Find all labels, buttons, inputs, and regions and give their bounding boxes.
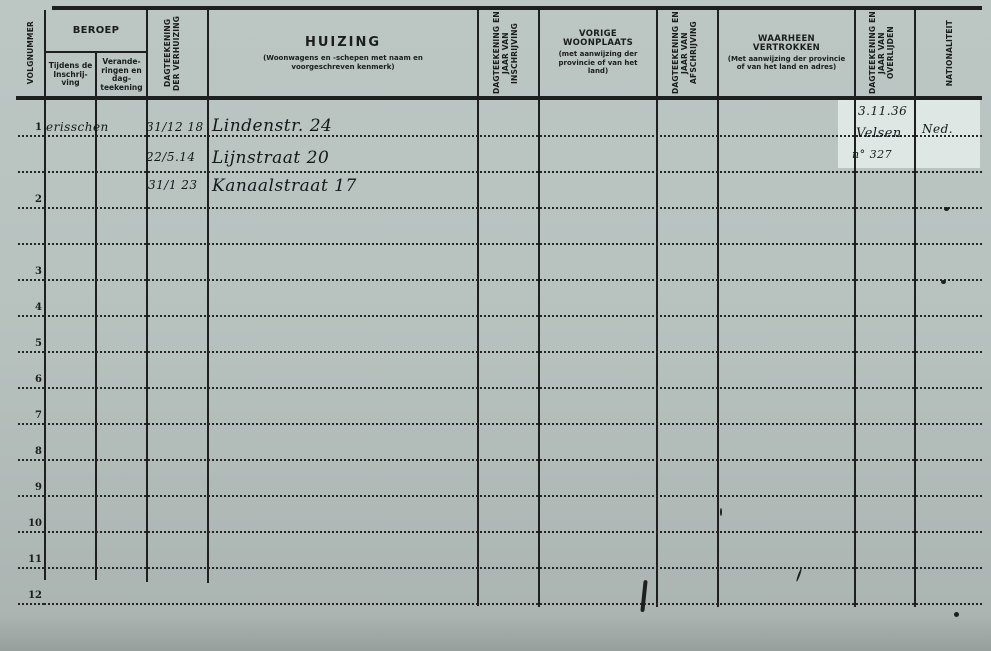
row-number-leader bbox=[18, 351, 44, 353]
header-dagteekening-inschrijving-label: DAGTEEKENING EN JAAR VAN INSCHRIJVING bbox=[492, 10, 526, 96]
header-beroep-veranderingen: Verande- ringen en dag- teekening bbox=[97, 54, 146, 96]
row-number: 10 bbox=[14, 518, 42, 529]
column-line-6 bbox=[538, 10, 540, 607]
header-waarheen-subtitle: (Met aanwijzing der provincie of van het… bbox=[726, 55, 848, 72]
row-line bbox=[44, 495, 982, 497]
row-number: 4 bbox=[14, 302, 42, 313]
row-number-leader bbox=[18, 387, 44, 389]
handwritten-address: Lindenstr. 24 bbox=[212, 116, 332, 136]
header-dagteekening-inschrijving: DAGTEEKENING EN JAAR VAN INSCHRIJVING bbox=[479, 10, 538, 96]
row-number: 12 bbox=[14, 590, 42, 601]
row-number-leader bbox=[18, 567, 44, 569]
header-beroep-tijdens-label: Tijdens de Inschrij- ving bbox=[46, 62, 95, 88]
row-number-leader bbox=[18, 531, 44, 533]
row-number-leader bbox=[18, 603, 44, 605]
header-nationaliteit: NATIONALITEIT bbox=[916, 10, 982, 96]
row-line bbox=[44, 567, 982, 569]
header-dagteekening-overlijden: DAGTEEKENING EN JAAR VAN OVERLIJDEN bbox=[856, 10, 914, 96]
header-beroep: BEROEP bbox=[46, 10, 146, 50]
row-line bbox=[44, 423, 982, 425]
row-number: 1 bbox=[14, 122, 42, 133]
handwritten-address: Lijnstraat 20 bbox=[212, 148, 329, 168]
row-line bbox=[44, 279, 982, 281]
row-number-leader bbox=[18, 279, 44, 281]
row-number-leader bbox=[18, 171, 44, 173]
card-shadow bbox=[0, 615, 991, 651]
registration-card: VOLGNUMMER BEROEP Tijdens de Inschrij- v… bbox=[0, 0, 991, 651]
row-line bbox=[44, 531, 982, 533]
header-beroep-tijdens: Tijdens de Inschrij- ving bbox=[46, 54, 95, 96]
row-number: 6 bbox=[14, 374, 42, 385]
header-dagteekening-afschrijving: DAGTEEKENING EN JAAR VAN AFSCHRIJVING bbox=[658, 10, 717, 96]
header-volgnummer: VOLGNUMMER bbox=[16, 10, 44, 96]
row-number: 5 bbox=[14, 338, 42, 349]
handwritten-beroep: erisschen bbox=[46, 120, 109, 134]
header-huizing-subtitle: (Woonwagens en -schepen met naam en voor… bbox=[248, 54, 438, 71]
header-huizing: HUIZING (Woonwagens en -schepen met naam… bbox=[209, 10, 477, 96]
header-dagteekening-verhuizing: DAGTEEKENING DER VERHUIZING bbox=[148, 10, 207, 96]
header-waarheen-vertrokken: WAARHEEN VERTROKKEN (Met aanwijzing der … bbox=[719, 10, 854, 96]
row-line bbox=[44, 351, 982, 353]
ink-mark bbox=[720, 508, 722, 516]
handwritten-overlijden-number: n° 327 bbox=[852, 148, 892, 161]
handwritten-overlijden-place: Velsen bbox=[856, 126, 902, 141]
row-number-leader bbox=[18, 135, 44, 137]
ink-mark bbox=[640, 580, 647, 612]
header-huizing-title: HUIZING bbox=[305, 35, 381, 50]
header-dagteekening-overlijden-label: DAGTEEKENING EN JAAR VAN OVERLIJDEN bbox=[868, 10, 902, 96]
row-number-leader bbox=[18, 459, 44, 461]
row-number-leader bbox=[18, 315, 44, 317]
header-volgnummer-label: VOLGNUMMER bbox=[26, 21, 35, 84]
ink-speck bbox=[954, 612, 959, 617]
handwritten-address: Kanaalstraat 17 bbox=[212, 176, 357, 196]
ink-speck bbox=[944, 207, 949, 211]
row-number-leader bbox=[18, 423, 44, 425]
column-line-10 bbox=[914, 10, 916, 607]
row-number-leader bbox=[18, 243, 44, 245]
row-line bbox=[44, 135, 982, 137]
column-line-8 bbox=[717, 10, 719, 607]
handwritten-nationaliteit: Ned. bbox=[922, 122, 953, 136]
handwritten-verhuizing-date: 31/12 18 bbox=[146, 120, 204, 134]
header-beroep-label: BEROEP bbox=[73, 25, 120, 36]
row-line bbox=[44, 171, 982, 173]
row-line bbox=[44, 315, 982, 317]
header-nationaliteit-label: NATIONALITEIT bbox=[945, 20, 954, 86]
header-waarheen-title: WAARHEEN VERTROKKEN bbox=[747, 35, 827, 53]
row-number: 9 bbox=[14, 482, 42, 493]
header-dagteekening-verhuizing-label: DAGTEEKENING DER VERHUIZING bbox=[163, 10, 193, 96]
row-number: 7 bbox=[14, 410, 42, 421]
row-number: 2 bbox=[14, 194, 42, 205]
row-number: 8 bbox=[14, 446, 42, 457]
header-beroep-veranderingen-label: Verande- ringen en dag- teekening bbox=[97, 58, 146, 92]
header-vorige-woonplaats: VORIGE WOONPLAATS (met aanwijzing der pr… bbox=[540, 10, 656, 96]
header-vorige-woonplaats-subtitle: (met aanwijzing der provincie of van het… bbox=[548, 50, 648, 76]
column-line-9 bbox=[854, 10, 856, 607]
row-line bbox=[44, 387, 982, 389]
row-number: 3 bbox=[14, 266, 42, 277]
row-line bbox=[44, 603, 982, 605]
ink-speck bbox=[941, 280, 946, 284]
column-line-5 bbox=[477, 10, 479, 606]
row-line bbox=[44, 459, 982, 461]
header-bottom-border bbox=[16, 96, 982, 100]
handwritten-overlijden-date: 3.11.36 bbox=[858, 104, 907, 118]
ink-mark bbox=[796, 568, 803, 582]
row-line bbox=[44, 243, 982, 245]
handwritten-verhuizing-date: 22/5.14 bbox=[146, 150, 196, 164]
row-line bbox=[44, 207, 982, 209]
header-vorige-woonplaats-title: VORIGE WOONPLAATS bbox=[558, 30, 638, 48]
row-number-leader bbox=[18, 495, 44, 497]
row-number-leader bbox=[18, 207, 44, 209]
header-dagteekening-afschrijving-label: DAGTEEKENING EN JAAR VAN AFSCHRIJVING bbox=[671, 10, 705, 96]
column-line-7 bbox=[656, 10, 658, 607]
handwritten-verhuizing-date: 31/1 23 bbox=[148, 178, 198, 192]
row-number: 11 bbox=[14, 554, 42, 565]
